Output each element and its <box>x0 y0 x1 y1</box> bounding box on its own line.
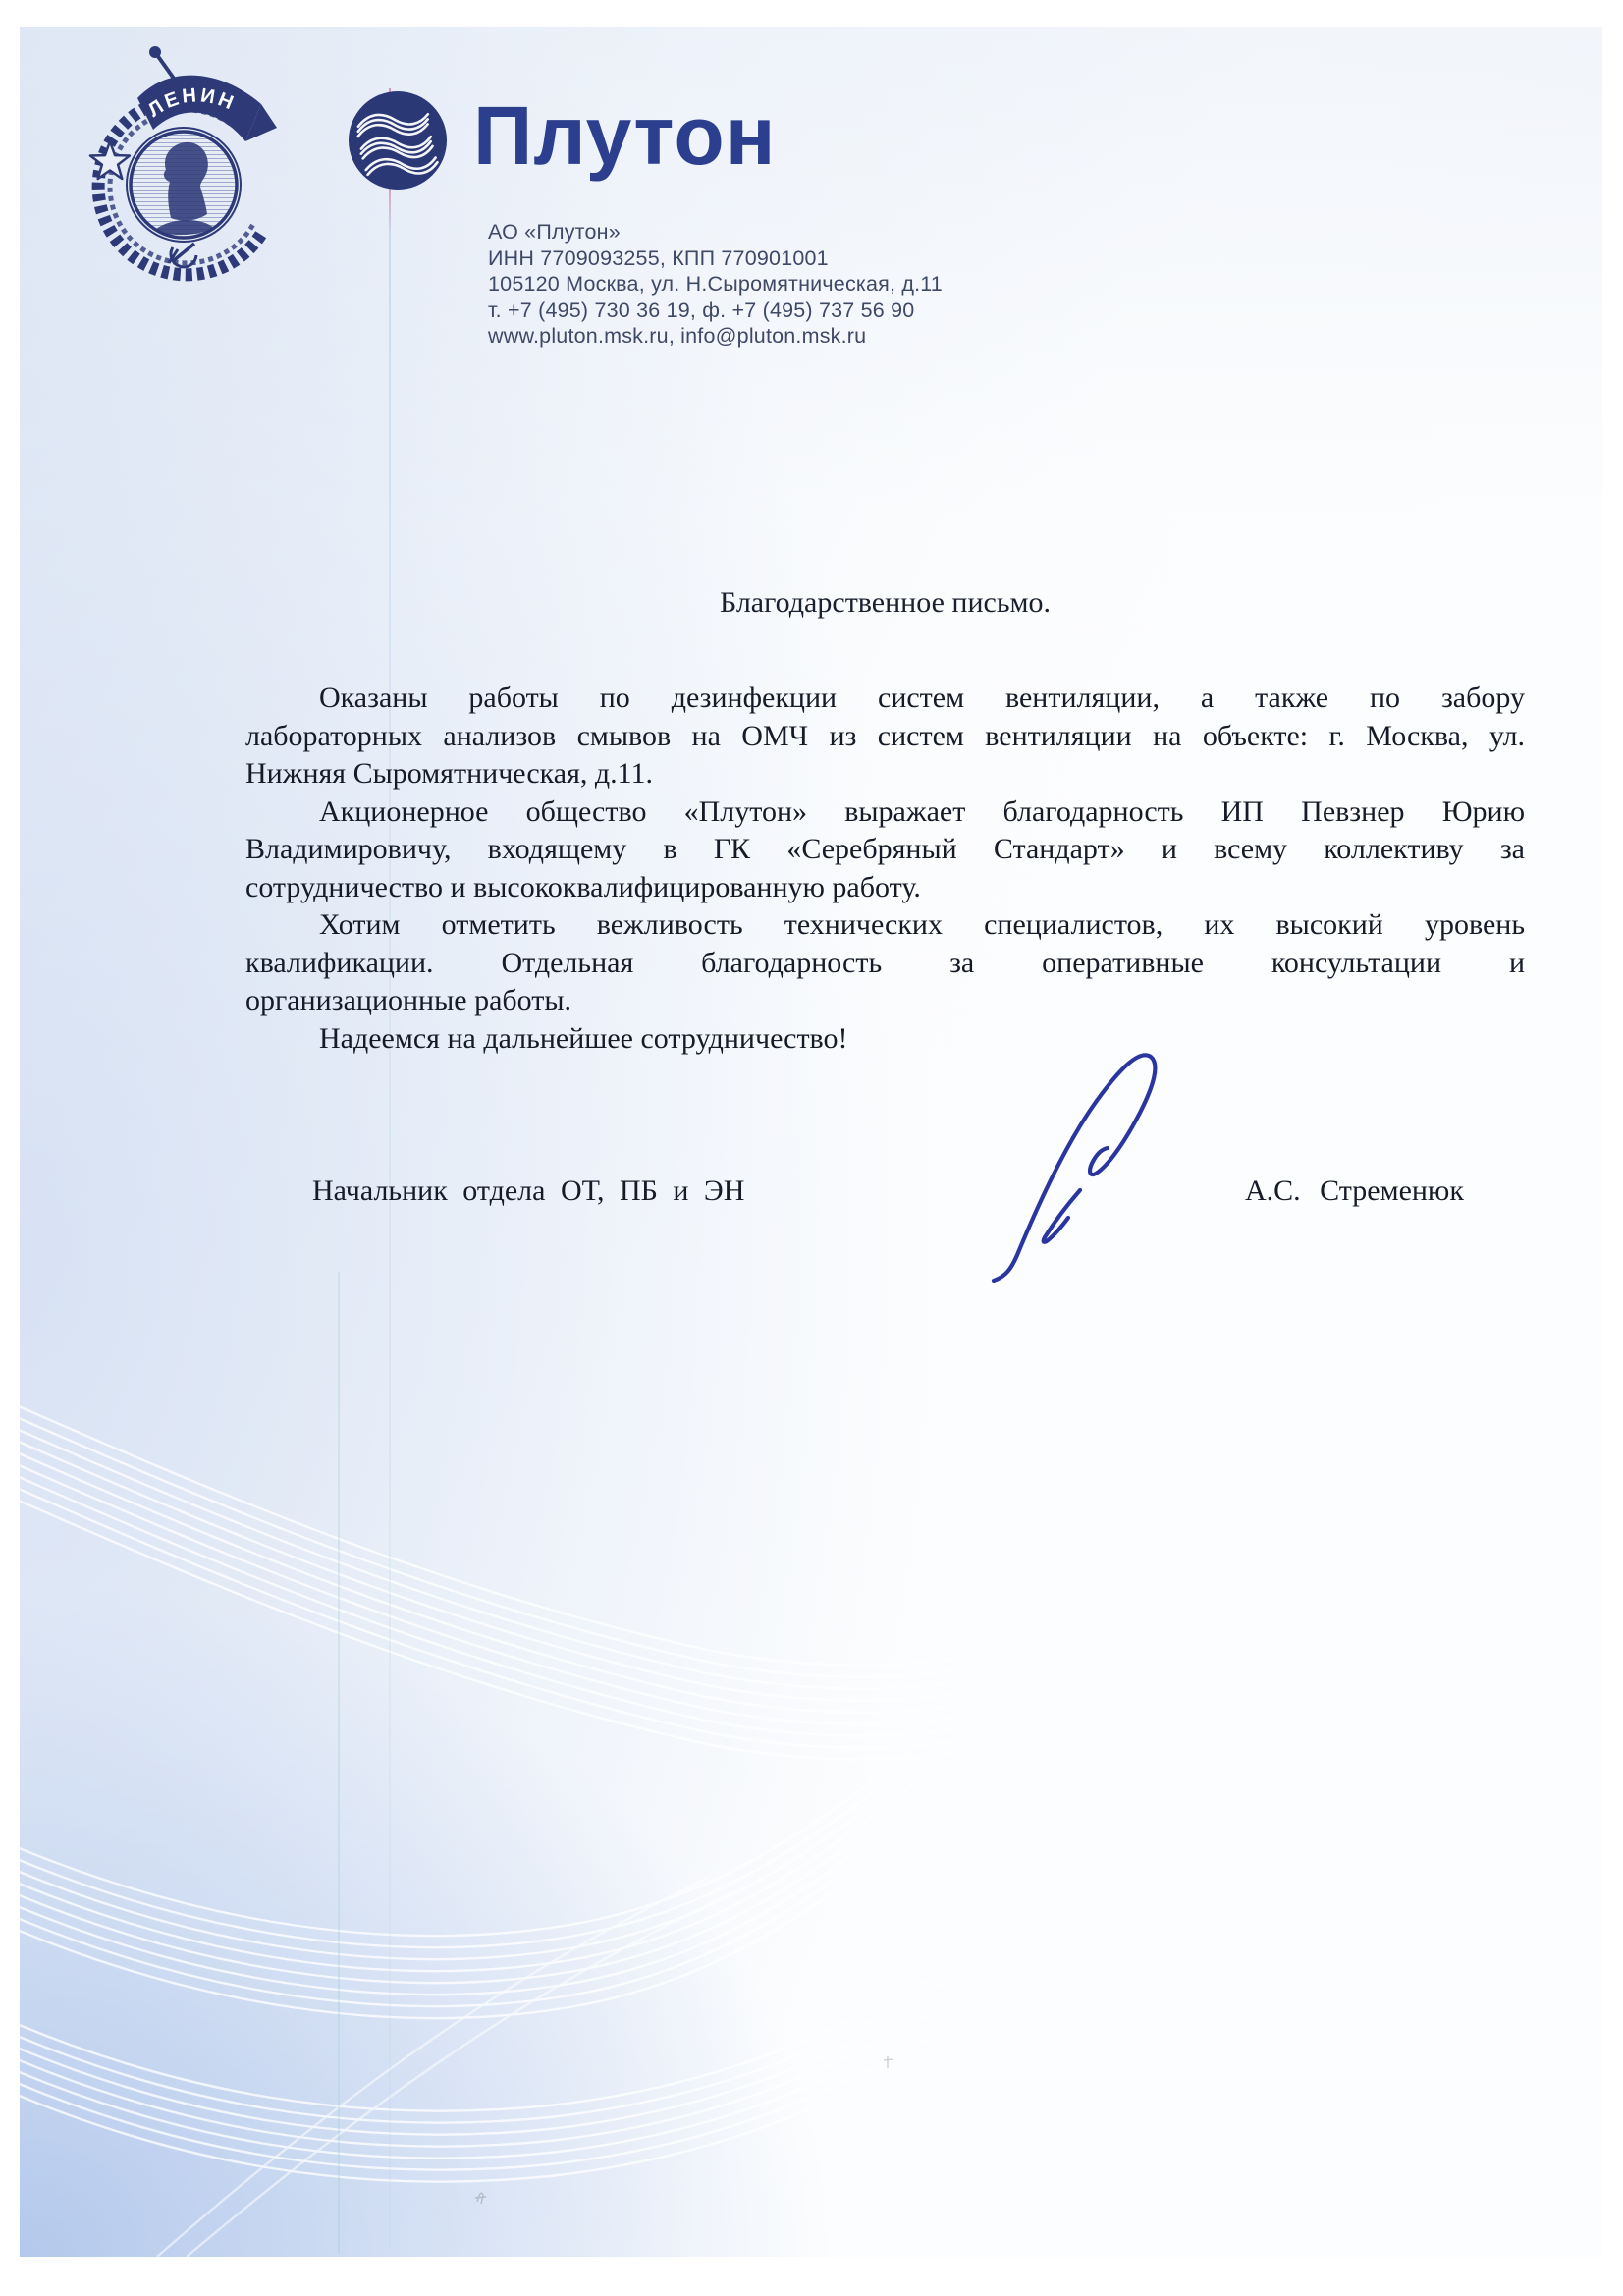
body-line: лабораторных анализов смывов на ОМЧ из с… <box>245 718 1525 756</box>
company-inn-kpp: ИНН 7709093255, КПП 770901001 <box>488 246 943 272</box>
company-phones: т. +7 (495) 730 36 19, ф. +7 (495) 737 5… <box>488 298 943 324</box>
pluton-wordmark: Плутон <box>473 94 776 177</box>
body-line: сотрудничество и высококвалифицированную… <box>245 869 1525 907</box>
body-line: Оказаны работы по дезинфекции систем вен… <box>245 680 1525 718</box>
pluton-logo-icon <box>348 90 448 191</box>
letter-title: Благодарственное письмо. <box>245 586 1525 620</box>
company-web-email: www.pluton.msk.ru, info@pluton.msk.ru <box>488 323 943 350</box>
company-info: АО «Плутон» ИНН 7709093255, КПП 77090100… <box>488 219 943 350</box>
letter-body: Оказаны работы по дезинфекции систем вен… <box>245 680 1525 1058</box>
company-name: АО «Плутон» <box>488 219 943 246</box>
signature-scribble <box>984 1033 1180 1284</box>
body-line: организационные работы. <box>245 982 1525 1020</box>
watermark-waves <box>20 1235 952 2257</box>
body-line: Надеемся на дальнейшее сотрудничество! <box>245 1020 1525 1059</box>
order-of-lenin-medal-icon: ЛЕНИН <box>86 43 288 301</box>
paper-mark <box>474 2188 488 2206</box>
signoff-name: А.С. Стременюк <box>1245 1175 1464 1208</box>
signoff-position: Начальник отдела ОТ, ПБ и ЭН <box>312 1175 744 1208</box>
body-line: квалификации. Отдельная благодарность за… <box>245 945 1525 983</box>
body-line: Владимировичу, входящему в ГК «Серебряны… <box>245 831 1525 869</box>
scanned-letter-page: ЛЕНИН Плутон АО «Плутон» ИНН 7709093255,… <box>0 0 1623 2296</box>
body-line: Акционерное общество «Плутон» выражает б… <box>245 793 1525 832</box>
body-line: Нижняя Сыромятническая, д.11. <box>245 755 1525 793</box>
company-address: 105120 Москва, ул. Н.Сыромятническая, д.… <box>488 271 943 298</box>
paper-mark <box>882 2054 895 2072</box>
body-line: Хотим отметить вежливость технических сп… <box>245 906 1525 945</box>
